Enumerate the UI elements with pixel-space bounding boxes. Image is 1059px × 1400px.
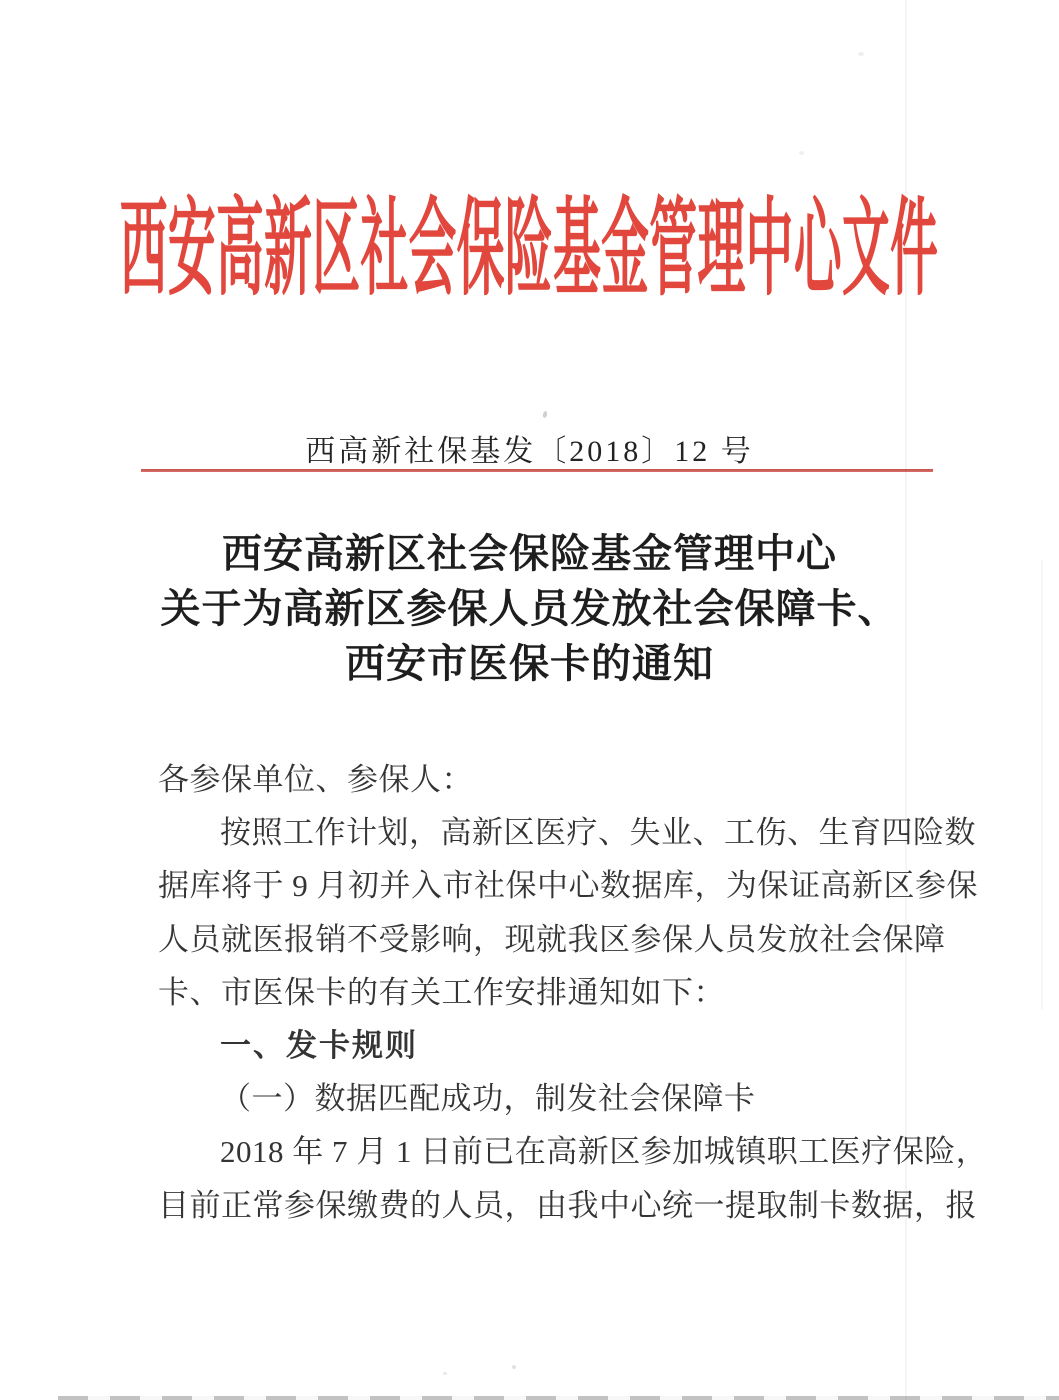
document-title-line-3: 西安市医保卡的通知 [0, 636, 1059, 691]
document-number: 西高新社保基发〔2018〕12 号 [0, 426, 1059, 470]
scan-speck [443, 1372, 447, 1375]
scan-speck [512, 1365, 516, 1369]
paragraph-line: 2018 年 7 月 1 日前已在高新区参加城镇职工医疗保险， [158, 1125, 938, 1178]
scan-artifact-bottom-edge [58, 1396, 1059, 1400]
document-title: 西安高新区社会保险基金管理中心 关于为高新区参保人员发放社会保障卡、 西安市医保… [0, 526, 1059, 691]
paragraph-line: 按照工作计划，高新区医疗、失业、工伤、生育四险数 [158, 806, 938, 859]
paragraph-line: 目前正常参保缴费的人员，由我中心统一提取制卡数据，报 [158, 1179, 938, 1232]
salutation-line: 各参保单位、参保人： [158, 753, 938, 806]
document-title-line-1: 西安高新区社会保险基金管理中心 [0, 526, 1059, 581]
paragraph-line: 人员就医报销不受影响，现就我区参保人员发放社会保障 [158, 913, 938, 966]
document-body: 各参保单位、参保人： 按照工作计划，高新区医疗、失业、工伤、生育四险数 据库将于… [158, 753, 938, 1232]
document-title-line-2: 关于为高新区参保人员发放社会保障卡、 [0, 581, 1059, 636]
paragraph-line: 卡、市医保卡的有关工作安排通知如下： [158, 966, 938, 1019]
scan-speck [799, 151, 804, 155]
scan-speck [542, 411, 548, 419]
document-page: 西安高新区社会保险基金管理中心文件 西高新社保基发〔2018〕12 号 西安高新… [0, 0, 1059, 1400]
scan-artifact-vertical-line [905, 0, 907, 1400]
section-heading: 一、发卡规则 [158, 1019, 938, 1072]
scan-speck [858, 52, 864, 56]
paragraph-line: 据库将于 9 月初并入市社保中心数据库，为保证高新区参保 [158, 859, 938, 912]
scan-artifact-vertical-line [1041, 560, 1043, 1010]
red-divider-line [141, 469, 933, 472]
agency-header-title: 西安高新区社会保险基金管理中心文件 [120, 194, 939, 306]
subsection-heading: （一）数据匹配成功，制发社会保障卡 [158, 1072, 938, 1125]
